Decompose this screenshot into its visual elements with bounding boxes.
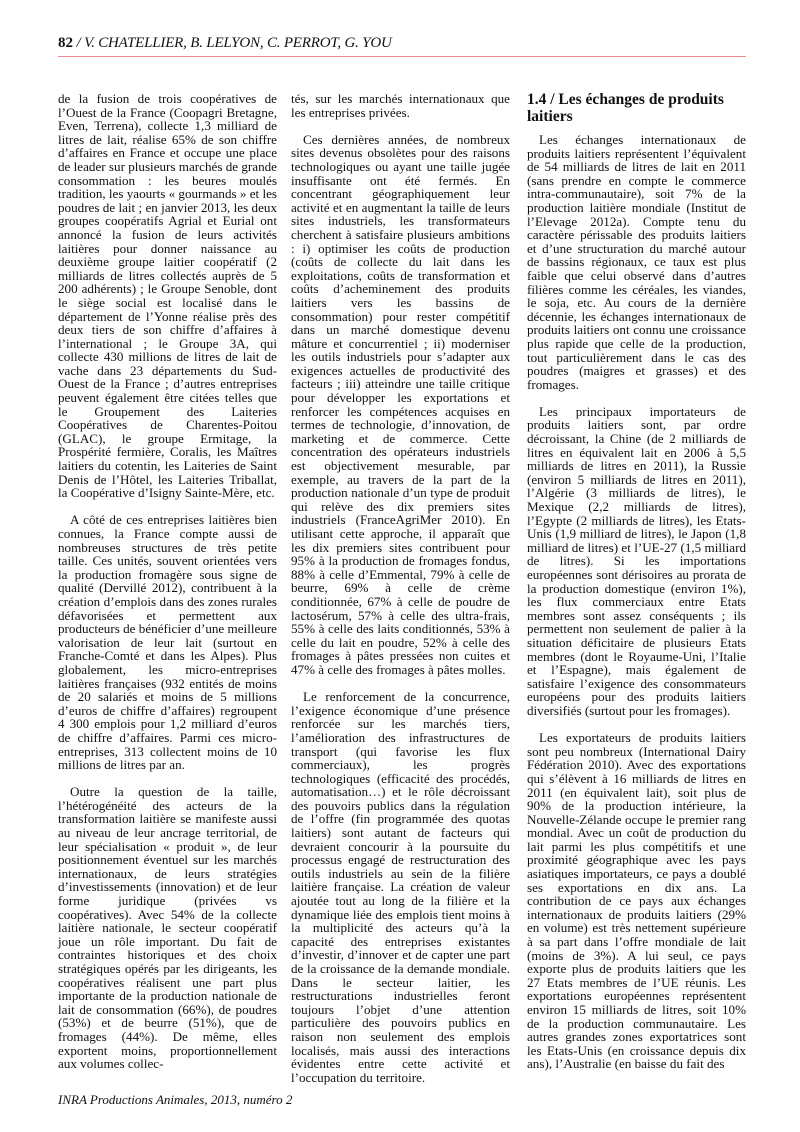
header-authors: / V. CHATELLIER, B. LELYON, C. PERROT, G… [73,35,392,51]
text-column-middle: tés, sur les marchés internationaux que … [291,92,510,1098]
text-column-right: 1.4 / Les échanges de produits laitiers … [527,92,746,1085]
paragraph: tés, sur les marchés internationaux que … [291,92,510,119]
paragraph: Outre la question de la taille, l’hétéro… [58,785,277,1070]
running-header: 82 / V. CHATELLIER, B. LELYON, C. PERROT… [58,34,746,57]
paragraph: Les principaux importateurs de produits … [527,405,746,718]
text-column-left: de la fusion de trois coopératives de l’… [58,92,277,1084]
paragraph: de la fusion de trois coopératives de l’… [58,92,277,500]
paragraph: Le renforcement de la concurrence, l’exi… [291,690,510,1084]
paragraph: Les échanges internationaux de produits … [527,133,746,391]
journal-footer: INRA Productions Animales, 2013, numéro … [58,1092,292,1108]
paragraph: Ces dernières années, de nombreux sites … [291,133,510,677]
page-number: 82 [58,35,73,51]
section-heading: 1.4 / Les échanges de produits laitiers [527,92,746,125]
paragraph: A côté de ces entreprises laitières bien… [58,513,277,771]
paragraph: Les exportateurs de produits laitiers so… [527,731,746,1071]
